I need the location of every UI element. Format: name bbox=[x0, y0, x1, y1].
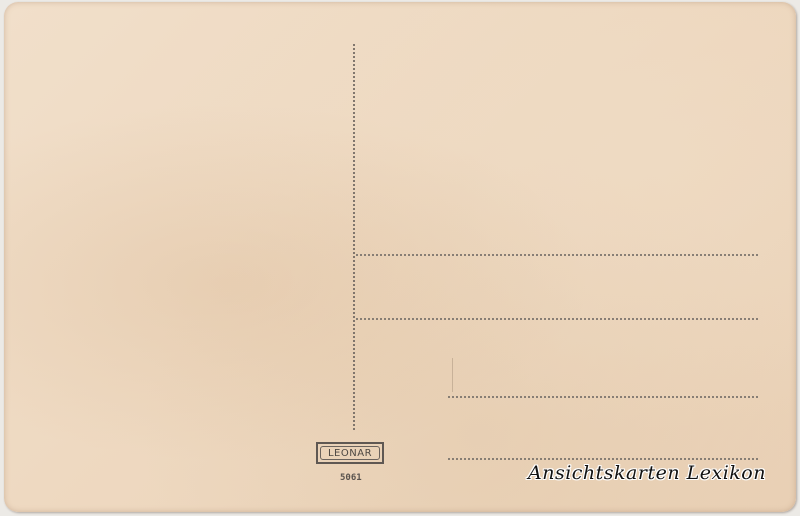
address-line-3 bbox=[448, 396, 758, 398]
watermark-text: Ansichtskarten Lexikon bbox=[528, 462, 766, 484]
faint-pencil-mark bbox=[452, 358, 453, 392]
serial-number: 5061 bbox=[340, 473, 362, 483]
message-address-divider bbox=[353, 44, 355, 430]
publisher-logo: LEONAR bbox=[316, 442, 384, 464]
address-line-4 bbox=[448, 458, 758, 460]
postcard-back: LEONAR 5061 bbox=[4, 2, 796, 512]
publisher-name: LEONAR bbox=[320, 446, 380, 460]
address-line-2 bbox=[356, 318, 758, 320]
address-line-1 bbox=[356, 254, 758, 256]
